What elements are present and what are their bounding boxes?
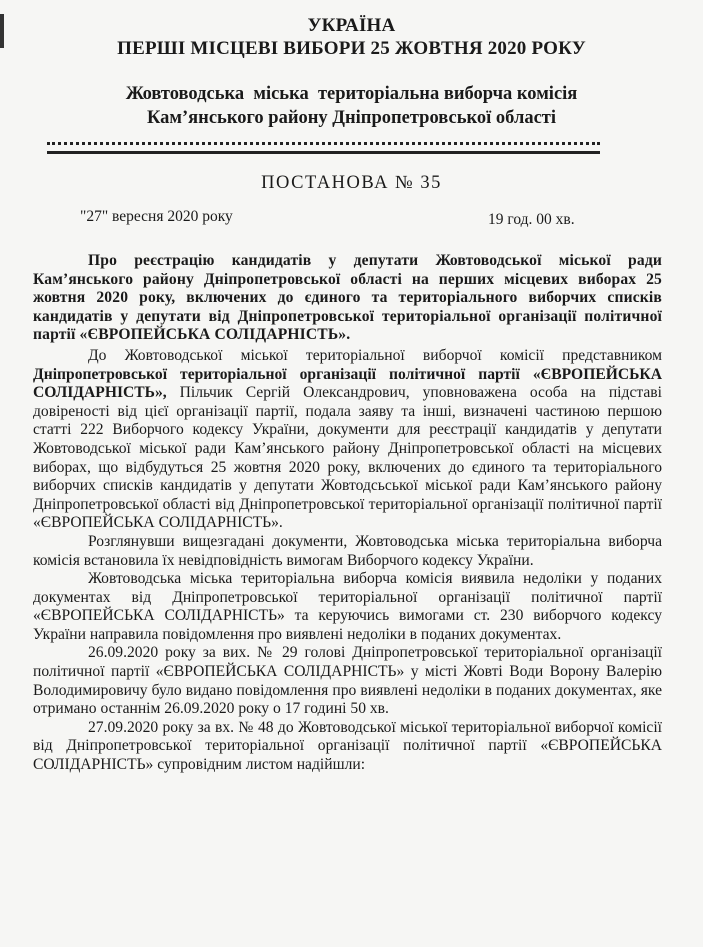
document-body: Про реєстрацію кандидатів у депутати Жов…: [33, 252, 662, 775]
paragraph-submission-start: До Жовтоводської міської територіальної …: [88, 347, 662, 364]
country-heading: УКРАЇНА: [0, 14, 703, 37]
paragraph-deficiencies: Жовтоводська міська територіальна виборч…: [33, 570, 662, 644]
paragraph-submission-rest: Пільчик Сергій Олександрович, уповноваже…: [33, 384, 662, 531]
resolution-subject: Про реєстрацію кандидатів у депутати Жов…: [33, 252, 662, 345]
commission-name: Жовтоводська міська територіальна виборч…: [0, 82, 703, 106]
resolution-time: 19 год. 00 хв.: [488, 211, 575, 229]
election-heading: ПЕРШІ МІСЦЕВІ ВИБОРИ 25 ЖОВТНЯ 2020 РОКУ: [0, 37, 703, 60]
document-page: УКРАЇНА ПЕРШІ МІСЦЕВІ ВИБОРИ 25 ЖОВТНЯ 2…: [0, 0, 703, 947]
commission-region: Кам’янського району Дніпропетровської об…: [0, 106, 703, 130]
solid-divider: [47, 151, 600, 154]
resolution-date: "27" вересня 2020 року: [80, 208, 233, 226]
paragraph-documents-received: 27.09.2020 року за вх. № 48 до Жовтоводс…: [33, 719, 662, 775]
commission-block: Жовтоводська міська територіальна виборч…: [0, 82, 703, 130]
paragraph-review: Розглянувши вищезгадані документи, Жовто…: [33, 533, 662, 570]
paragraph-notice-issued: 26.09.2020 року за вих. № 29 голові Дніп…: [33, 644, 662, 718]
resolution-title: ПОСТАНОВА № 35: [0, 173, 703, 194]
dotted-divider: [47, 142, 600, 148]
header-block: УКРАЇНА ПЕРШІ МІСЦЕВІ ВИБОРИ 25 ЖОВТНЯ 2…: [0, 14, 703, 60]
paragraph-submission: До Жовтоводської міської територіальної …: [33, 347, 662, 533]
